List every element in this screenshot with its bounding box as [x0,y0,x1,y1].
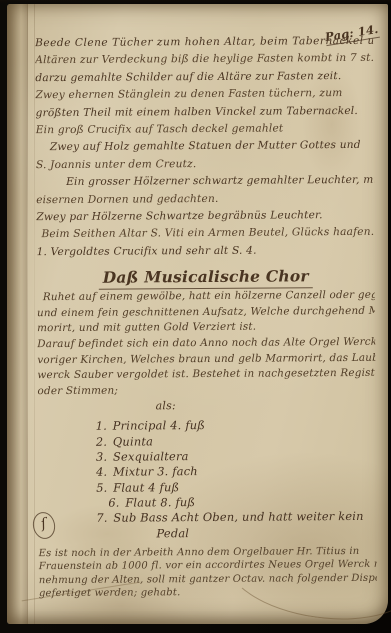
manuscript-line: Zwey auf Holz gemahlte Statuen der Mutte… [36,137,374,157]
inventory-section: Beede Clene Tücher zum hohen Altar, beim… [35,33,375,262]
register-name: Sexquialtera [113,449,189,464]
manuscript-page: Pag: 14. Beede Clene Tücher zum hohen Al… [7,4,388,624]
manuscript-photo: Pag: 14. Beede Clene Tücher zum hohen Al… [0,0,391,633]
pedal-line: Pedal [38,524,376,541]
register-number: 6. [108,495,125,510]
manuscript-line: Zwey ehernen Stänglein zu denen Fasten t… [35,85,373,105]
binding-gutter [7,4,27,624]
register-number: 3. [96,450,113,465]
register-number: 7. [96,511,113,526]
register-name: Quinta [113,434,153,448]
manuscript-line: 1. Vergoldtes Crucifix und sehr alt S. 4… [36,242,374,262]
register-name: Sub Bass Acht Oben, und hatt weiter kein [113,509,363,525]
manuscript-line: werck Sauber vergoldet ist. Bestehet in … [37,366,375,384]
manuscript-line: Darauf befindet sich ein dato Anno noch … [37,335,375,353]
register-name: Principal 4. fuß [113,418,205,433]
manuscript-content: Beede Clene Tücher zum hohen Altar, beim… [35,33,377,601]
register-name: Flaut 8. fuß [125,495,195,509]
register-name: Flaut 4 fuß [113,480,179,494]
manuscript-line: gefertiget werden; gehabt. [39,585,377,601]
register-number: 4. [96,465,113,480]
register-name: Mixtur 3. fach [113,464,198,479]
register-number: 5. [96,480,113,495]
fold-line [27,4,28,624]
manuscript-line: nehmung der Alten, soll mit gantzer Octa… [39,572,377,588]
manuscript-line: Altären zur Verdeckung biß die heylige F… [35,50,373,70]
manuscript-line: größten Theil mit einem halben Vinckel z… [36,102,374,122]
organ-register-list: 1.Principal 4. fuß2.Quinta3.Sexquialtera… [38,417,377,526]
als-label: als: [38,397,376,414]
register-item: 7.Sub Bass Acht Oben, und hatt weiter ke… [96,509,376,526]
section-heading: Daß Musicalische Chor [37,266,375,287]
closing-paragraph: Es ist noch in der Arbeith Anno dem Orge… [39,544,377,601]
manuscript-line: Ein grosser Hölzerner schwartz gemahlter… [36,172,374,192]
manuscript-line: und einem fein geschnittenen Aufsatz, We… [37,304,375,322]
manuscript-line: Beim Seithen Altar S. Viti ein Armen Beu… [36,224,374,244]
choir-paragraph: Ruhet auf einem gewölbe, hatt ein hölzer… [37,288,376,400]
register-number: 1. [96,419,113,434]
register-number: 2. [96,434,113,449]
section-heading-text: Daß Musicalische Chor [99,267,313,290]
